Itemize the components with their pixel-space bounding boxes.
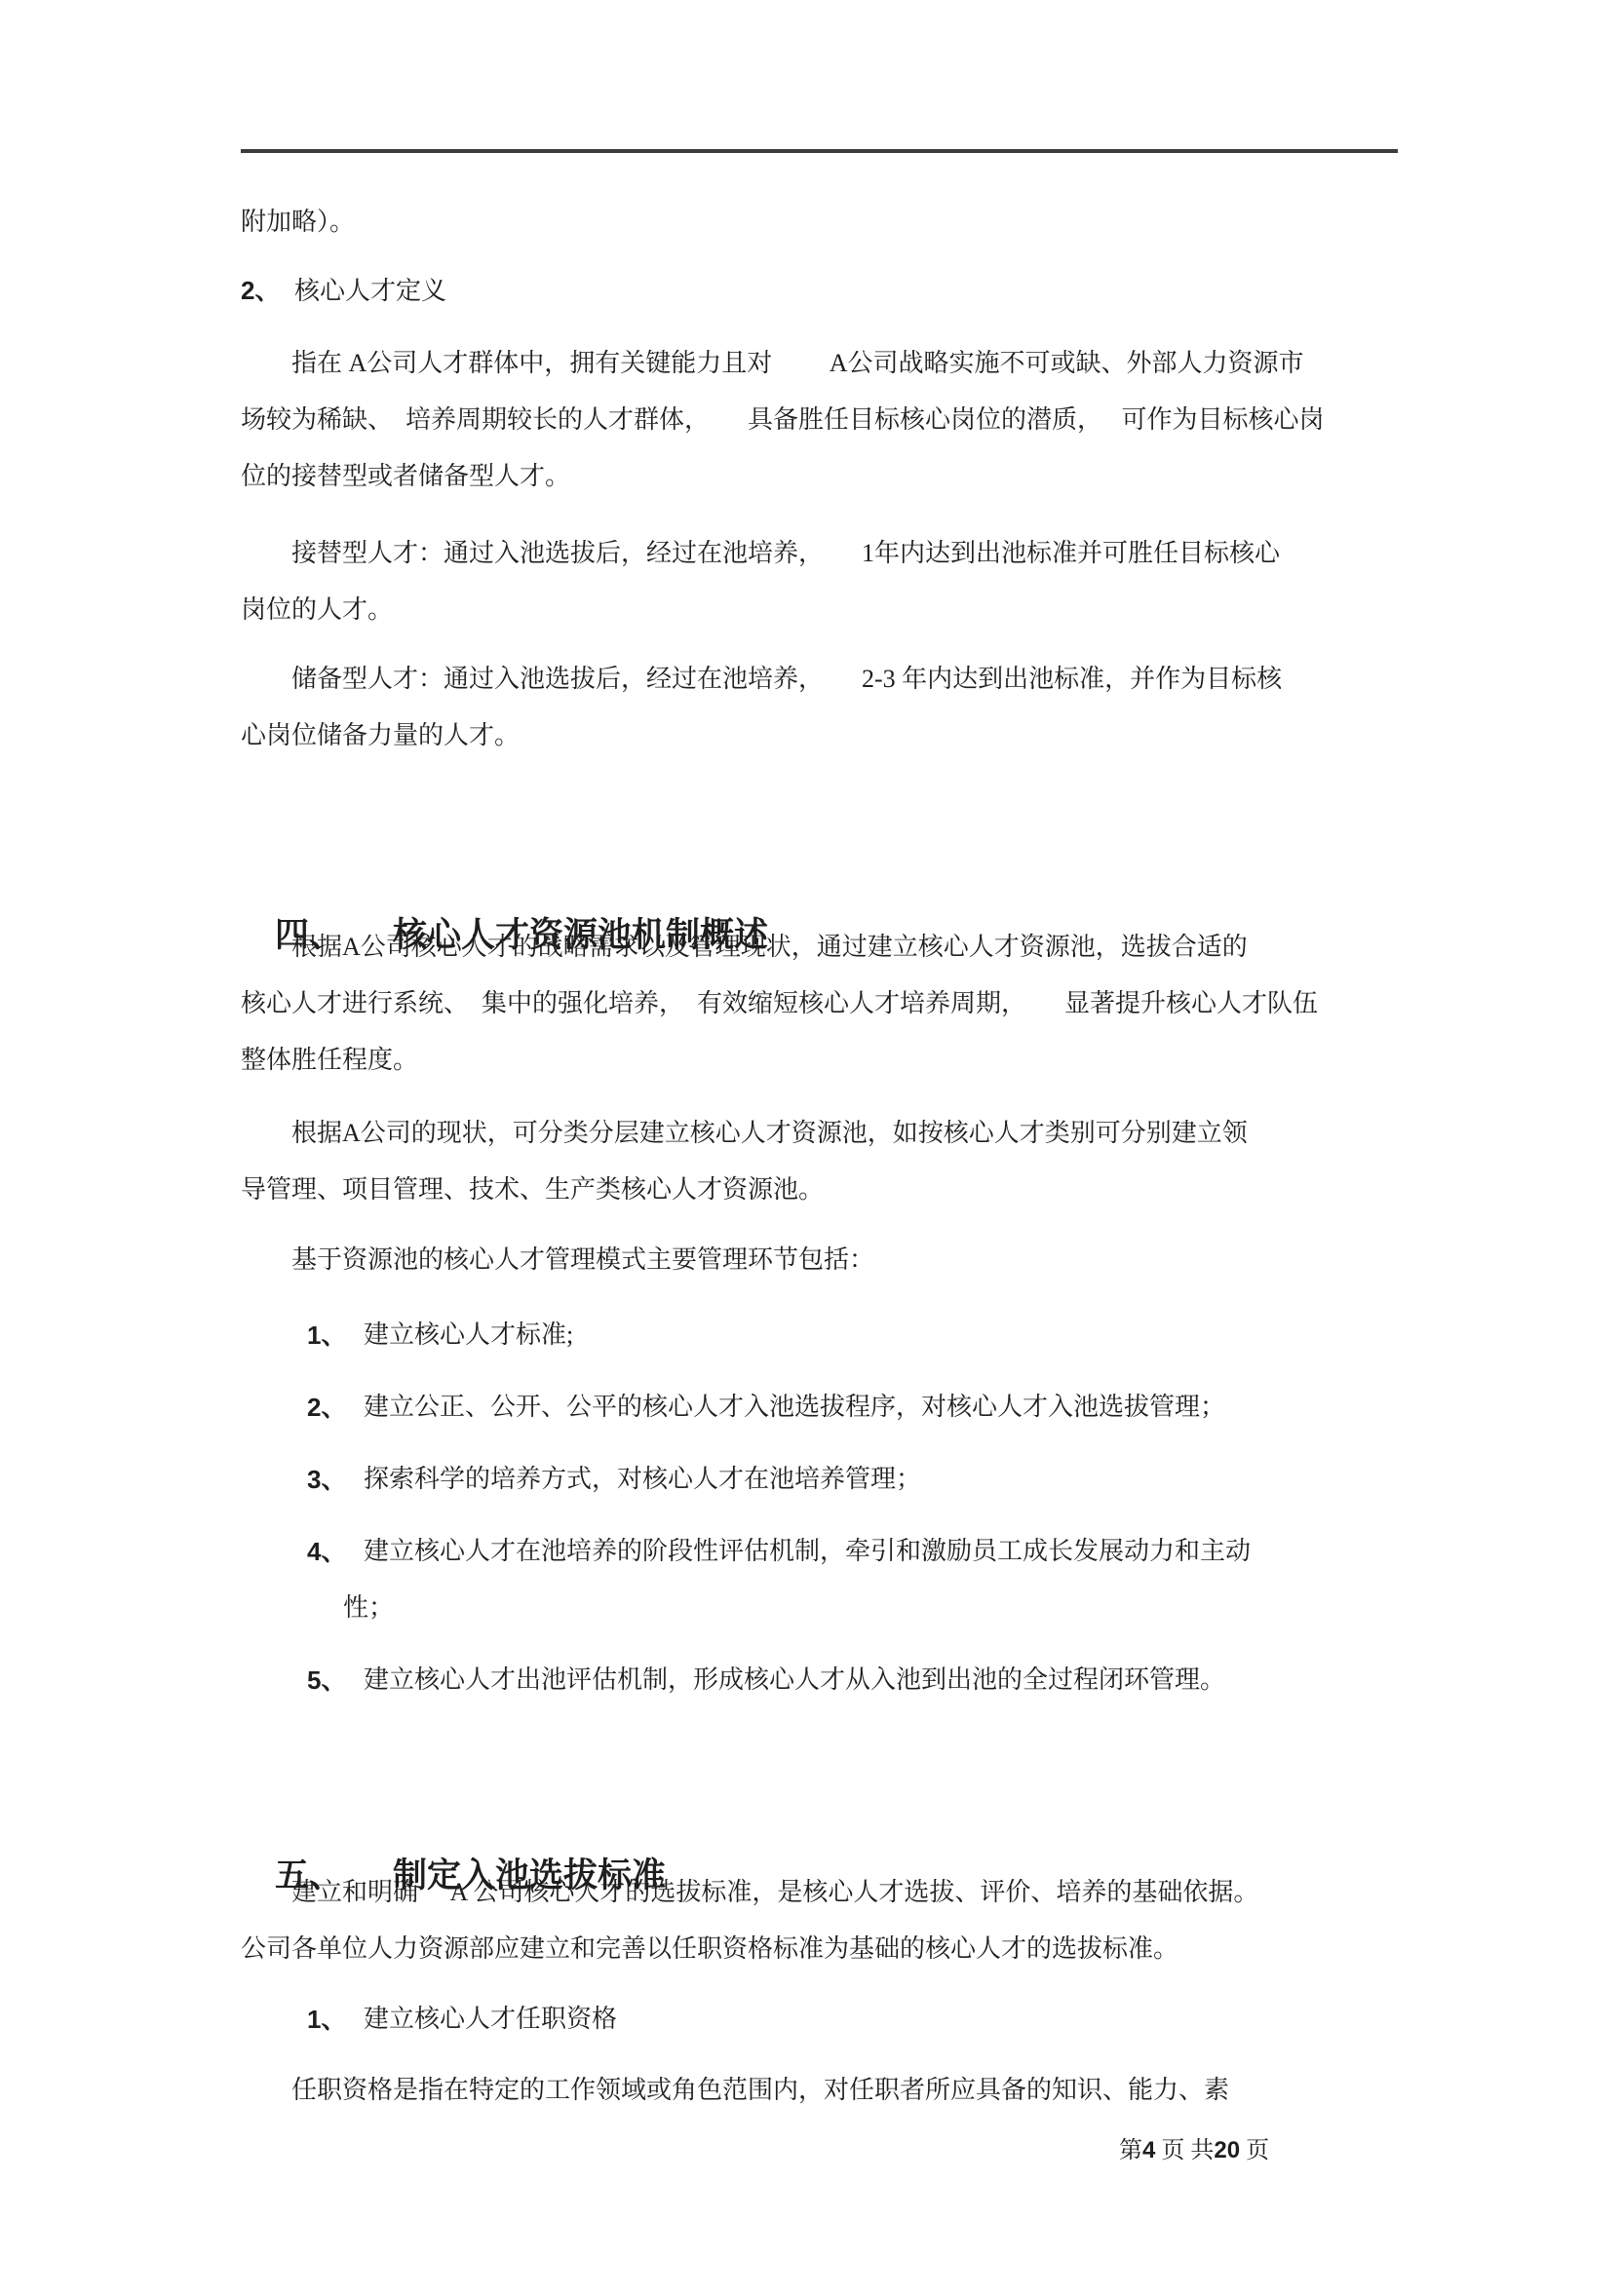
numbered-list-management-steps: 1、建立核心人才标准; 2、建立公正、公开、公平的核心人才入池选拔程序，对核心人…: [307, 1307, 1374, 1724]
list-marker: 4、: [307, 1523, 346, 1580]
text-line: 基于资源池的核心人才管理模式主要管理环节包括：: [241, 1232, 1371, 1288]
list-marker: 2、: [307, 1379, 346, 1435]
list-item: 2、建立公正、公开、公平的核心人才入池选拔程序，对核心人才入池选拔管理；: [307, 1379, 1374, 1435]
footer-infix: 页 共: [1155, 2138, 1214, 2163]
paragraph-succession-talent: 接替型人才：通过入池选拔后，经过在池培养， 1年内达到出池标准并可胜任目标核心岗…: [241, 525, 1371, 638]
list-marker: 1、: [307, 1991, 346, 2047]
header-divider: [241, 149, 1398, 153]
text-line: 导管理、项目管理、技术、生产类核心人才资源池。: [241, 1162, 1371, 1218]
text-line: 指在 A公司人才群体中，拥有关键能力且对 A公司战略实施不可或缺、外部人力资源市: [241, 335, 1371, 392]
list-item: 3、探索科学的培养方式，对核心人才在池培养管理；: [307, 1451, 1374, 1508]
text-line: 岗位的人才。: [241, 582, 1371, 638]
text-line: 建立核心人才标准;: [364, 1307, 1374, 1363]
paragraph-definition: 指在 A公司人才群体中，拥有关键能力且对 A公司战略实施不可或缺、外部人力资源市…: [241, 335, 1371, 505]
paragraph-fragment: 附加略）。: [241, 194, 1371, 250]
paragraph-reserve-talent: 储备型人才：通过入池选拔后，经过在池培养， 2-3 年内达到出池标准，并作为目标…: [241, 651, 1371, 764]
text-line: 接替型人才：通过入池选拔后，经过在池培养， 1年内达到出池标准并可胜任目标核心: [241, 525, 1371, 582]
footer-prefix: 第: [1119, 2138, 1142, 2163]
list-item-lines: 探索科学的培养方式，对核心人才在池培养管理；: [364, 1451, 1374, 1508]
text-line: 任职资格是指在特定的工作领域或角色范围内，对任职者所应具备的知识、能力、素: [241, 2062, 1371, 2119]
text-line: 性；: [343, 1580, 1374, 1636]
text-line: 位的接替型或者储备型人才。: [241, 448, 1371, 505]
text-line: 整体胜任程度。: [241, 1032, 1371, 1089]
page-footer: 第4 页 共20 页: [1119, 2136, 1269, 2165]
list-marker: 5、: [307, 1652, 346, 1708]
list-marker: 1、: [307, 1307, 346, 1363]
text-line: 根据A公司的现状，可分类分层建立核心人才资源池，如按核心人才类别可分别建立领: [241, 1105, 1371, 1162]
list-item-lines: 建立核心人才出池评估机制，形成核心人才从入池到出池的全过程闭环管理。: [364, 1652, 1374, 1708]
text-line: 场较为稀缺、 培养周期较长的人才群体， 具备胜任目标核心岗位的潜质， 可作为目标…: [241, 392, 1371, 448]
text-line: 建立核心人才在池培养的阶段性评估机制，牵引和激励员工成长发展动力和主动: [364, 1523, 1374, 1580]
paragraph-section4-1: 根据A公司核心人才的战略需求以及管理现状，通过建立核心人才资源池，选拔合适的核心…: [241, 919, 1371, 1089]
text-line: 储备型人才：通过入池选拔后，经过在池培养， 2-3 年内达到出池标准，并作为目标…: [241, 651, 1371, 708]
paragraph-section4-2: 根据A公司的现状，可分类分层建立核心人才资源池，如按核心人才类别可分别建立领导管…: [241, 1105, 1371, 1218]
text-line: 2、核心人才定义: [241, 262, 1371, 320]
list-item-lines: 建立核心人才在池培养的阶段性评估机制，牵引和激励员工成长发展动力和主动性；: [364, 1523, 1374, 1636]
subheading-number: 2、: [241, 262, 294, 319]
text-line: 建立核心人才出池评估机制，形成核心人才从入池到出池的全过程闭环管理。: [364, 1652, 1374, 1708]
list-item: 4、建立核心人才在池培养的阶段性评估机制，牵引和激励员工成长发展动力和主动性；: [307, 1523, 1374, 1636]
paragraph-section4-3: 基于资源池的核心人才管理模式主要管理环节包括：: [241, 1232, 1371, 1288]
subheading-core-talent-definition: 2、核心人才定义: [241, 262, 1371, 320]
paragraph-section5-2: 任职资格是指在特定的工作领域或角色范围内，对任职者所应具备的知识、能力、素: [241, 2062, 1371, 2119]
text-line: 核心人才进行系统、 集中的强化培养， 有效缩短核心人才培养周期， 显著提升核心人…: [241, 976, 1371, 1032]
text-line: 建立公正、公开、公平的核心人才入池选拔程序，对核心人才入池选拔管理；: [364, 1379, 1374, 1435]
list-marker: 3、: [307, 1451, 346, 1508]
text-line: 心岗位储备力量的人才。: [241, 708, 1371, 764]
text-line: 根据A公司核心人才的战略需求以及管理现状，通过建立核心人才资源池，选拔合适的: [241, 919, 1371, 976]
text-line: 建立和明确 A 公司核心人才的选拔标准，是核心人才选拔、评价、培养的基础依据。: [241, 1864, 1371, 1921]
list-item-lines: 建立公正、公开、公平的核心人才入池选拔程序，对核心人才入池选拔管理；: [364, 1379, 1374, 1435]
text-line: 公司各单位人力资源部应建立和完善以任职资格标准为基础的核心人才的选拔标准。: [241, 1921, 1371, 1977]
subheading-title: 核心人才定义: [294, 277, 446, 305]
list-item: 1、建立核心人才任职资格: [307, 1991, 1374, 2047]
text-line: 附加略）。: [241, 194, 1371, 250]
list-item-qualification: 1、建立核心人才任职资格: [307, 1991, 1374, 2063]
document-page: 附加略）。 2、核心人才定义 指在 A公司人才群体中，拥有关键能力且对 A公司战…: [0, 0, 1622, 2296]
list-item-lines: 建立核心人才标准;: [364, 1307, 1374, 1363]
list-item: 5、建立核心人才出池评估机制，形成核心人才从入池到出池的全过程闭环管理。: [307, 1652, 1374, 1708]
text-line: 建立核心人才任职资格: [364, 1991, 1374, 2047]
paragraph-section5-1: 建立和明确 A 公司核心人才的选拔标准，是核心人才选拔、评价、培养的基础依据。公…: [241, 1864, 1371, 1977]
list-item: 1、建立核心人才标准;: [307, 1307, 1374, 1363]
page-number-total: 20: [1214, 2137, 1240, 2163]
text-line: 探索科学的培养方式，对核心人才在池培养管理；: [364, 1451, 1374, 1508]
footer-suffix: 页: [1240, 2138, 1269, 2163]
page-number-current: 4: [1142, 2137, 1155, 2163]
